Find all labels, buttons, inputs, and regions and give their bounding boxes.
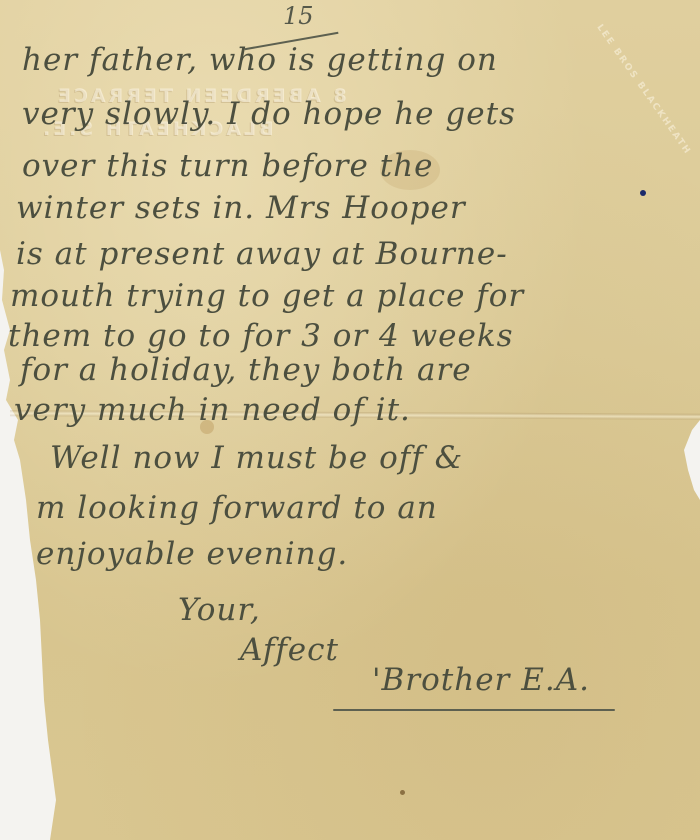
letter-line: very slowly. I do hope he gets xyxy=(22,96,516,132)
letter-line: them to go to for 3 or 4 weeks xyxy=(8,318,514,354)
letter-line: mouth trying to get a place for xyxy=(10,278,524,314)
closing-affect: Affect xyxy=(240,632,339,668)
letter-line: winter sets in. Mrs Hooper xyxy=(16,190,466,226)
letter-line: Well now I must be off & xyxy=(50,440,463,476)
letter-line: her father, who is getting on xyxy=(22,42,498,78)
letter-line: enjoyable evening. xyxy=(36,536,348,572)
letter-line: for a holiday, they both are xyxy=(20,352,472,388)
page-number: 15 xyxy=(283,2,314,30)
letter-line: m looking forward to an xyxy=(36,490,438,526)
letter-line: is at present away at Bourne- xyxy=(16,236,508,272)
letter-page: 8 ABERDEEN TERRACE BLACKHEATH S.E. LEE B… xyxy=(0,0,700,840)
letter-line: very much in need of it. xyxy=(14,392,411,428)
signature-underline xyxy=(333,709,615,711)
ink-blot xyxy=(640,190,646,196)
signature: 'Brother E.A. xyxy=(372,662,590,698)
closing-salutation: Your, xyxy=(178,592,261,628)
age-stain xyxy=(400,790,405,795)
letter-line: over this turn before the xyxy=(22,148,433,184)
